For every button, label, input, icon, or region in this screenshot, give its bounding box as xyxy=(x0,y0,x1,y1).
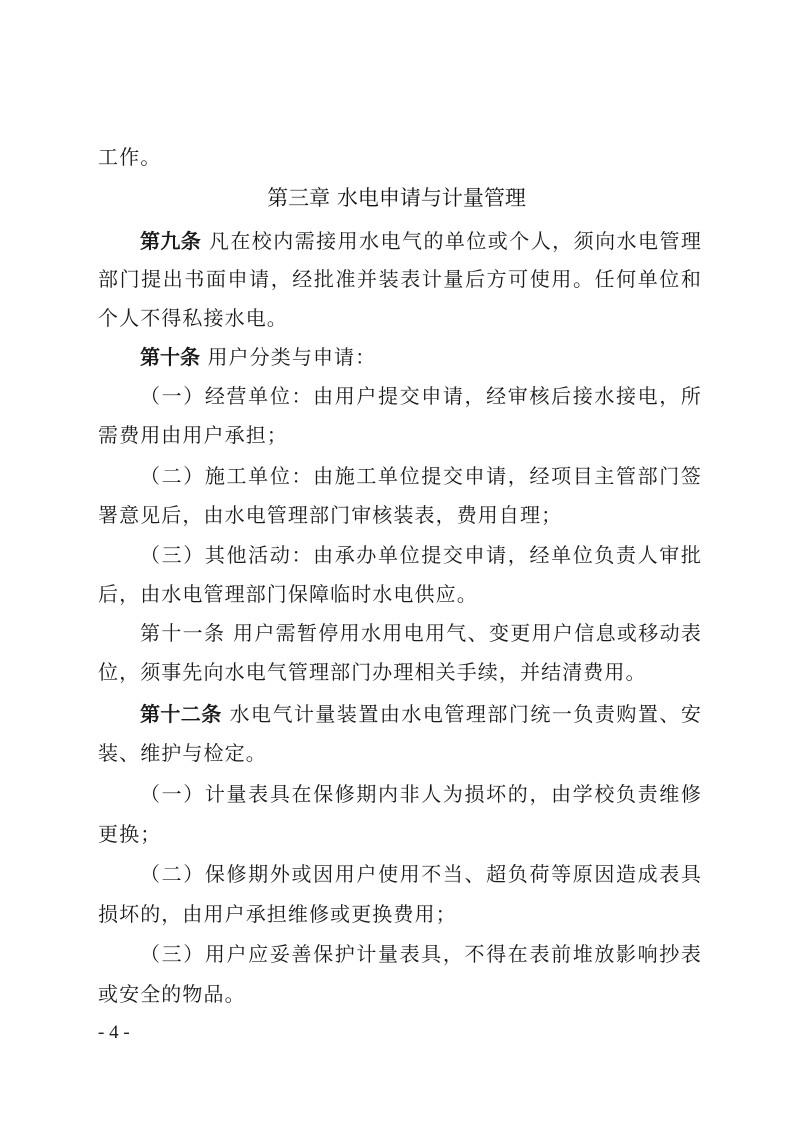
line-text: 凡在校内需接用水电气的单位或个人，须向水电管理 xyxy=(201,229,702,253)
line-text: 水电气计量装置由水电管理部门统一负责购置、安 xyxy=(222,702,702,726)
line-text: 装、维护与检定。 xyxy=(98,741,267,765)
line-text: 部门提出书面申请，经批准并装表计量后方可使用。任何单位和 xyxy=(98,267,702,291)
text-line: 部门提出书面申请，经批准并装表计量后方可使用。任何单位和 xyxy=(98,267,702,291)
line-text: （三）其他活动：由承办单位提交申请，经单位负责人审批 xyxy=(140,543,702,567)
text-line: 个人不得私接水电。 xyxy=(98,306,702,330)
text-line: 更换； xyxy=(98,822,702,846)
line-text: （一）计量表具在保修期内非人为损坏的，由学校负责维修 xyxy=(140,782,702,806)
line-text: 工作。 xyxy=(98,145,161,169)
line-text: 用户分类与申请： xyxy=(200,345,376,369)
chapter-title: 第三章 水电申请与计量管理 xyxy=(0,185,793,211)
line-text: 个人不得私接水电。 xyxy=(98,306,288,330)
line-text: 第十一条 用户需暂停用水用电用气、变更用户信息或移动表 xyxy=(140,621,702,645)
line-text: （二）施工单位：由施工单位提交申请，经项目主管部门签 xyxy=(140,464,702,488)
text-line: 或安全的物品。 xyxy=(98,982,702,1006)
line-text: （三）用户应妥善保护计量表具，不得在表前堆放影响抄表 xyxy=(140,942,702,966)
text-line: 需费用由用户承担； xyxy=(98,423,702,447)
page-number: - 4 - xyxy=(98,1022,130,1044)
text-line: （三）其他活动：由承办单位提交申请，经单位负责人审批 xyxy=(140,543,702,567)
text-line: 位，须事先向水电气管理部门办理相关手续，并结清费用。 xyxy=(98,660,702,684)
line-text: 或安全的物品。 xyxy=(98,982,246,1006)
text-line: （三）用户应妥善保护计量表具，不得在表前堆放影响抄表 xyxy=(140,942,702,966)
line-text: 需费用由用户承担； xyxy=(98,423,288,447)
article-label: 第十条 xyxy=(140,345,200,369)
article-label: 第九条 xyxy=(140,229,201,253)
line-text: 损坏的，由用户承担维修或更换费用； xyxy=(98,902,457,926)
article-label: 第十二条 xyxy=(140,702,222,726)
text-line: 装、维护与检定。 xyxy=(98,741,702,765)
article-line: 第十二条 水电气计量装置由水电管理部门统一负责购置、安 xyxy=(140,702,702,726)
article-line: 第九条 凡在校内需接用水电气的单位或个人，须向水电管理 xyxy=(140,229,702,253)
article-line: 第十条 用户分类与申请： xyxy=(140,345,702,369)
text-line: 后，由水电管理部门保障临时水电供应。 xyxy=(98,582,702,606)
text-line: （二）保修期外或因用户使用不当、超负荷等原因造成表具 xyxy=(140,862,702,886)
line-text: 后，由水电管理部门保障临时水电供应。 xyxy=(98,582,478,606)
text-line: （二）施工单位：由施工单位提交申请，经项目主管部门签 xyxy=(140,464,702,488)
line-text: 更换； xyxy=(98,822,161,846)
text-line: 署意见后，由水电管理部门审核装表，费用自理； xyxy=(98,503,702,527)
text-line: 工作。 xyxy=(98,145,702,169)
text-line: （一）经营单位：由用户提交申请，经审核后接水接电，所 xyxy=(140,384,702,408)
text-line: （一）计量表具在保修期内非人为损坏的，由学校负责维修 xyxy=(140,782,702,806)
line-text: （一）经营单位：由用户提交申请，经审核后接水接电，所 xyxy=(140,384,702,408)
line-text: 署意见后，由水电管理部门审核装表，费用自理； xyxy=(98,503,562,527)
document-page: 第三章 水电申请与计量管理 工作。第九条 凡在校内需接用水电气的单位或个人，须向… xyxy=(0,0,793,1122)
text-line: 第十一条 用户需暂停用水用电用气、变更用户信息或移动表 xyxy=(140,621,702,645)
text-line: 损坏的，由用户承担维修或更换费用； xyxy=(98,902,702,926)
line-text: （二）保修期外或因用户使用不当、超负荷等原因造成表具 xyxy=(140,862,702,886)
line-text: 位，须事先向水电气管理部门办理相关手续，并结清费用。 xyxy=(98,660,647,684)
